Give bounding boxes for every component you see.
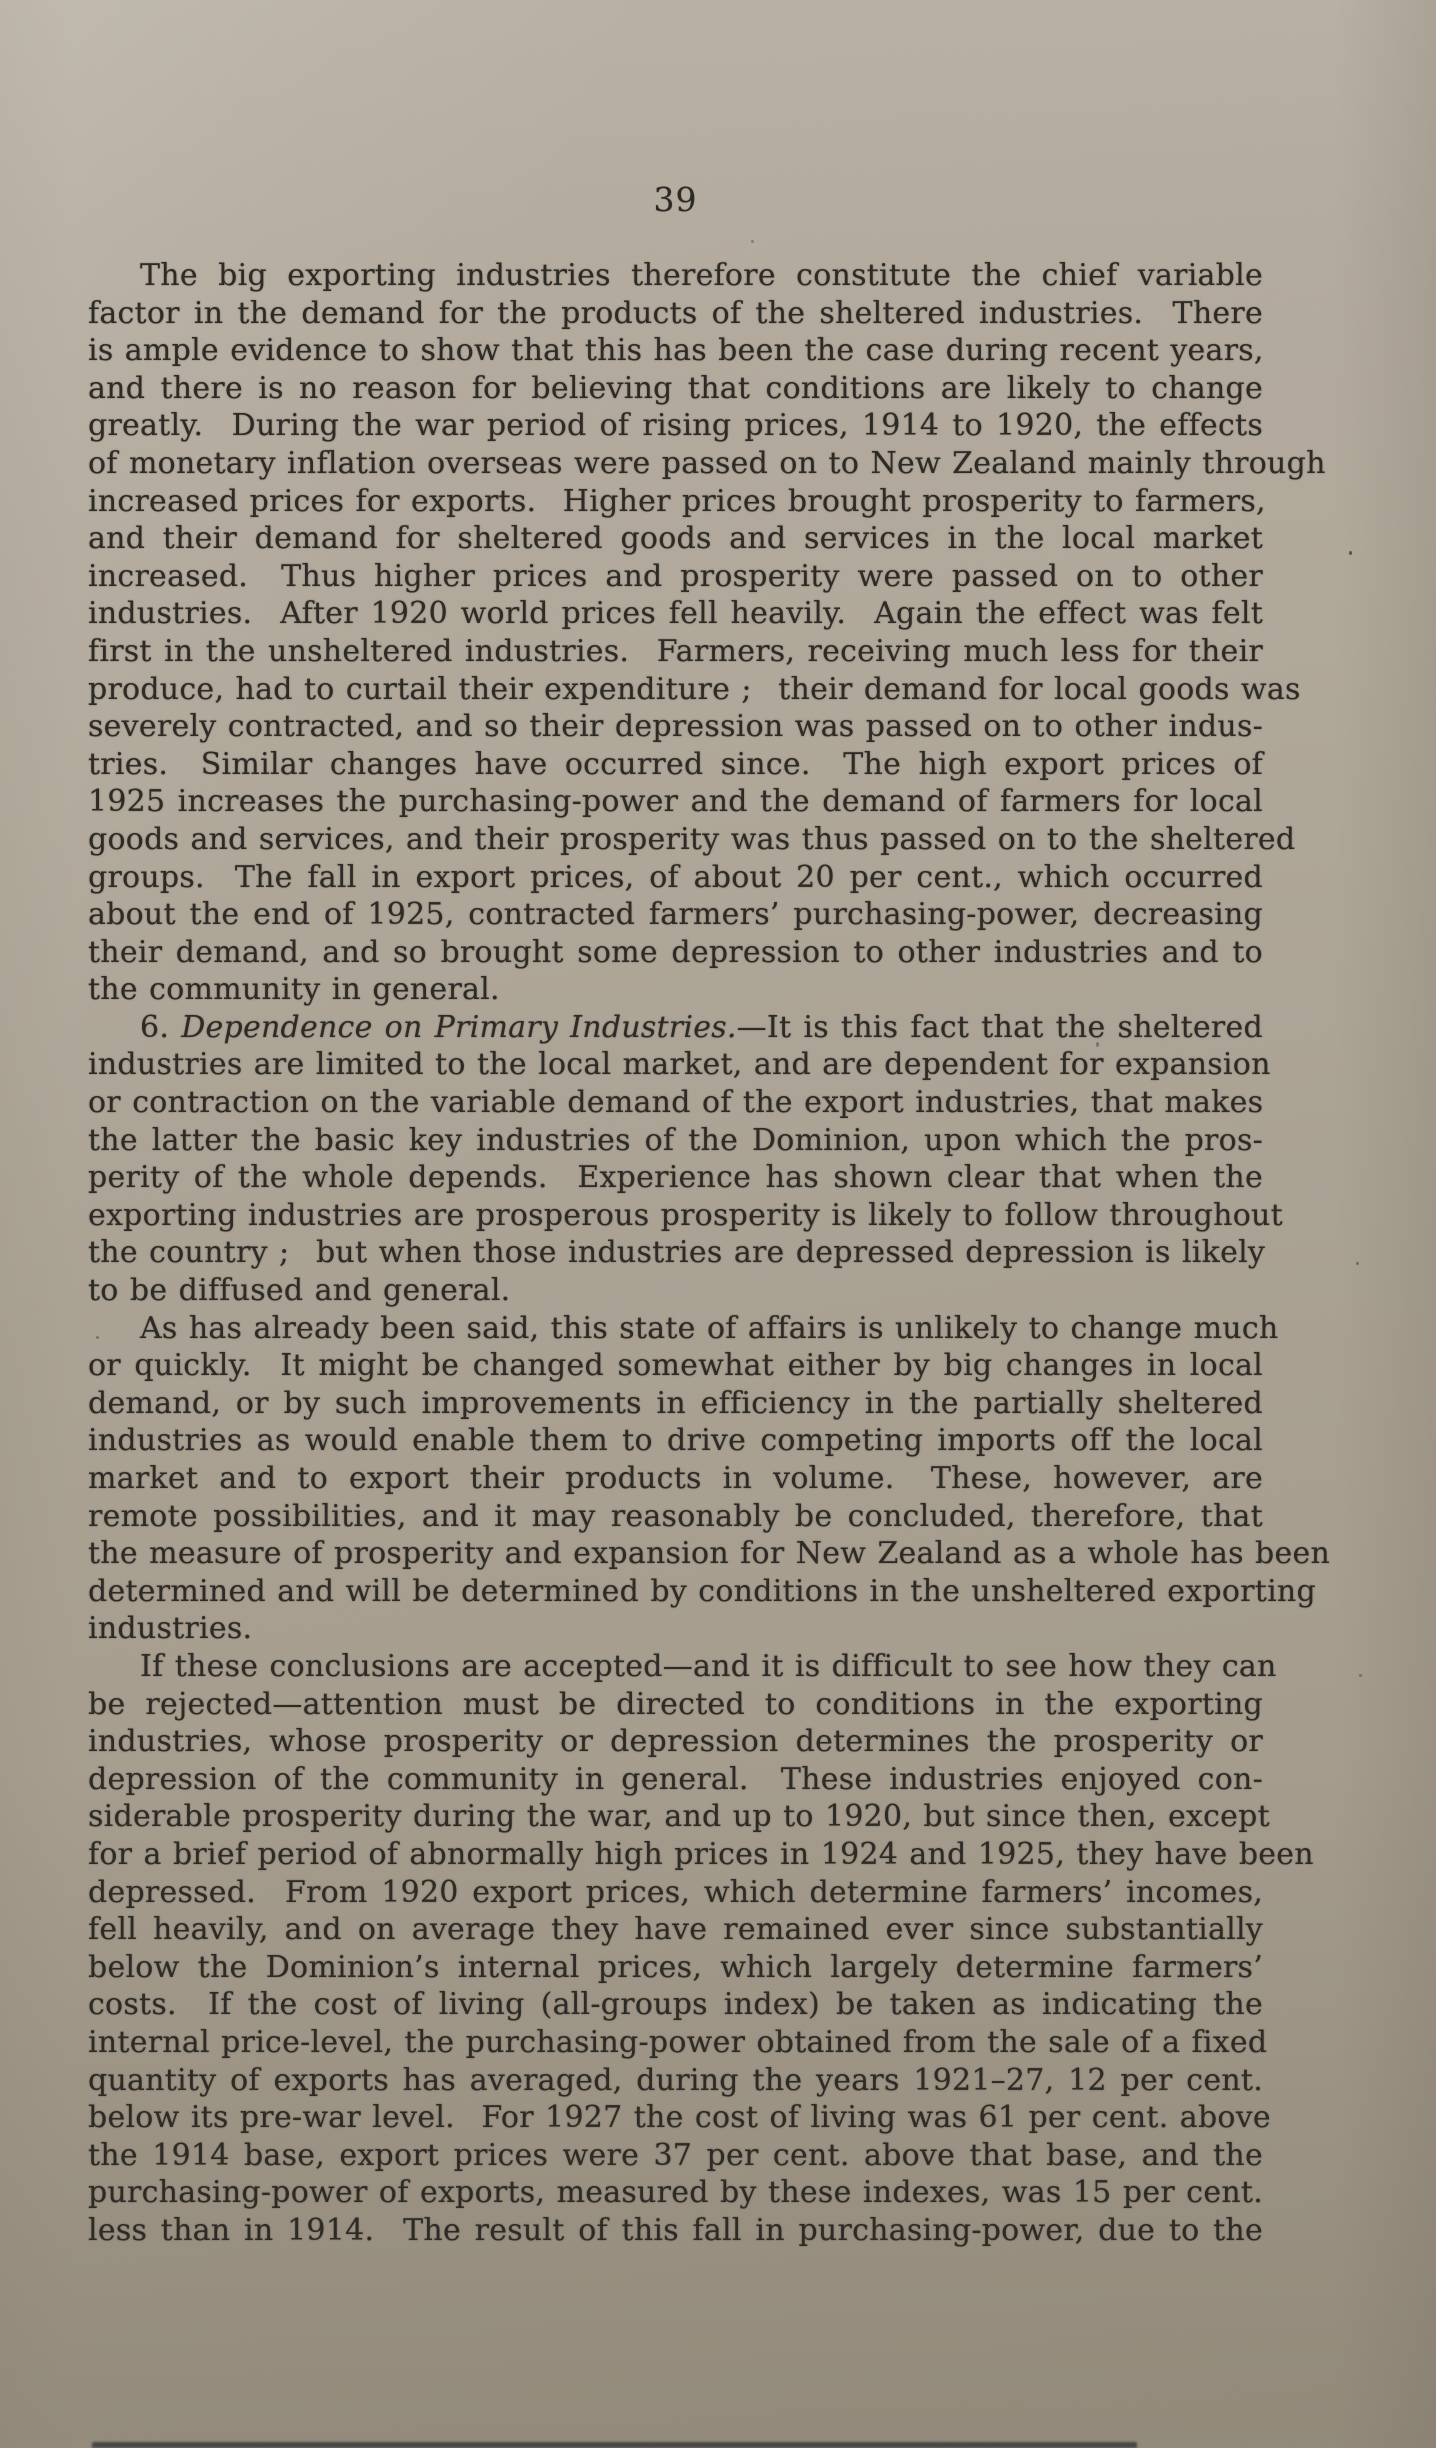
ink-speck — [1359, 1674, 1362, 1677]
text-line: or contraction on the variable demand of… — [88, 1084, 1263, 1122]
text-line: market and to export their products in v… — [88, 1460, 1263, 1498]
text-line: depression of the community in general. … — [88, 1761, 1263, 1799]
text-line: perity of the whole depends. Experience … — [88, 1159, 1263, 1197]
text-line: demand, or by such improvements in effic… — [88, 1385, 1263, 1423]
text-line: their demand, and so brought some depres… — [88, 934, 1263, 972]
text-line: quantity of exports has averaged, during… — [88, 2062, 1263, 2100]
text-line: less than in 1914. The result of this fa… — [88, 2212, 1263, 2250]
text-line: and there is no reason for believing tha… — [88, 370, 1263, 408]
text-line: for a brief period of abnormally high pr… — [88, 1836, 1263, 1874]
text-line: industries, whose prosperity or depressi… — [88, 1723, 1263, 1761]
text-line: and their demand for sheltered goods and… — [88, 520, 1263, 558]
text-column: The big exporting industries therefore c… — [88, 257, 1263, 2249]
text-line: internal price-level, the purchasing-pow… — [88, 2024, 1263, 2062]
text-line: depressed. From 1920 export prices, whic… — [88, 1874, 1263, 1912]
text-line: If these conclusions are accepted—and it… — [88, 1648, 1263, 1686]
text-line: produce, had to curtail their expenditur… — [88, 671, 1263, 709]
text-line: siderable prosperity during the war, and… — [88, 1798, 1263, 1836]
text-line: fell heavily, and on average they have r… — [88, 1911, 1263, 1949]
text-line: about the end of 1925, contracted farmer… — [88, 896, 1263, 934]
text-line: below its pre-war level. For 1927 the co… — [88, 2099, 1263, 2137]
para-dependence-on-primary-industries: 6. Dependence on Primary Industries.—It … — [88, 1009, 1263, 1310]
ink-speck — [751, 240, 754, 243]
text-line: groups. The fall in export prices, of ab… — [88, 859, 1263, 897]
text-line: first in the unsheltered industries. Far… — [88, 633, 1263, 671]
document-page: 39 The big exporting industries therefor… — [0, 0, 1436, 2448]
text-line: below the Dominion’s internal prices, wh… — [88, 1949, 1263, 1987]
text-line: purchasing-power of exports, measured by… — [88, 2174, 1263, 2212]
text-line: The big exporting industries therefore c… — [88, 257, 1263, 295]
scan-edge-artifact — [92, 2442, 1137, 2448]
text-line: As has already been said, this state of … — [88, 1310, 1263, 1348]
text-line: the country ; but when those industries … — [88, 1234, 1263, 1272]
page-number: 39 — [88, 180, 1263, 219]
text-line: costs. If the cost of living (all-groups… — [88, 1986, 1263, 2024]
text-line: increased prices for exports. Higher pri… — [88, 483, 1263, 521]
text-line: the latter the basic key industries of t… — [88, 1122, 1263, 1160]
text-line: be rejected—attention must be directed t… — [88, 1686, 1263, 1724]
text-line: remote possibilities, and it may reasona… — [88, 1498, 1263, 1536]
text-line: 6. Dependence on Primary Industries.—It … — [88, 1009, 1263, 1047]
text-line: or quickly. It might be changed somewhat… — [88, 1347, 1263, 1385]
para-conclusions: If these conclusions are accepted—and it… — [88, 1648, 1263, 2250]
text-line: increased. Thus higher prices and prospe… — [88, 558, 1263, 596]
text-line: determined and will be determined by con… — [88, 1573, 1263, 1611]
text-line: to be diffused and general. — [88, 1272, 1263, 1310]
section-heading-roman: 6. — [140, 1010, 181, 1045]
text-line: industries are limited to the local mark… — [88, 1046, 1263, 1084]
text-line: industries. After 1920 world prices fell… — [88, 595, 1263, 633]
ink-speck — [1349, 551, 1352, 555]
text-line: the 1914 base, export prices were 37 per… — [88, 2137, 1263, 2175]
text-line: exporting industries are prosperous pros… — [88, 1197, 1263, 1235]
text-line: severely contracted, and so their depres… — [88, 708, 1263, 746]
para-exporting-industries: The big exporting industries therefore c… — [88, 257, 1263, 1009]
ink-speck — [1356, 1262, 1359, 1265]
text-line: industries as would enable them to drive… — [88, 1422, 1263, 1460]
text-line: is ample evidence to show that this has … — [88, 332, 1263, 370]
text-line: the measure of prosperity and expansion … — [88, 1535, 1263, 1573]
text-line: the community in general. — [88, 971, 1263, 1009]
para-state-of-affairs: As has already been said, this state of … — [88, 1310, 1263, 1648]
text-line: industries. — [88, 1610, 1263, 1648]
text-line: goods and services, and their prosperity… — [88, 821, 1263, 859]
text-line: factor in the demand for the products of… — [88, 295, 1263, 333]
text-line: 1925 increases the purchasing-power and … — [88, 783, 1263, 821]
text-line: of monetary inflation overseas were pass… — [88, 445, 1263, 483]
text-line: tries. Similar changes have occurred sin… — [88, 746, 1263, 784]
section-heading-italic: Dependence on Primary Industries. — [181, 1010, 736, 1045]
text-line: greatly. During the war period of rising… — [88, 407, 1263, 445]
section-heading-roman: —It is this fact that the sheltered — [737, 1010, 1263, 1045]
